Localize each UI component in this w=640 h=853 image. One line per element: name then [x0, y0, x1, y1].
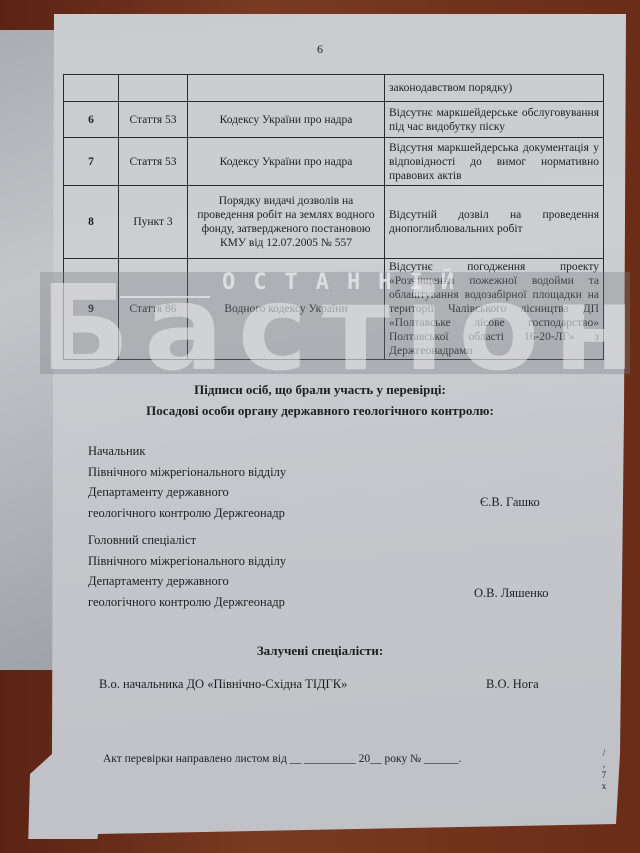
row-number: 7 — [64, 138, 119, 186]
table-row: 7 Стаття 53 Кодексу України про надра Ві… — [64, 138, 604, 186]
row-number: 8 — [64, 186, 119, 259]
margin-marks: / , 7 x — [599, 748, 609, 792]
position-line: геологічного контролю Держгеонадр — [88, 503, 286, 524]
margin-mark: x — [599, 781, 609, 792]
involved-specialists-heading: Залучені спеціалісти: — [0, 643, 640, 659]
position-line: Головний спеціаліст — [88, 530, 286, 551]
row-document: Порядку видачі дозволів на проведення ро… — [188, 186, 385, 259]
involved-name: В.О. Нога — [486, 677, 539, 692]
officials-heading: Посадові особи органу державного геологі… — [0, 403, 640, 419]
table-row: законодавством порядку) — [64, 75, 604, 102]
position-line: Північного міжрегіонального відділу — [88, 462, 286, 483]
row-article — [119, 75, 188, 102]
margin-mark: 7 — [599, 770, 609, 781]
official-position-1: Начальник Північного міжрегіонального ві… — [88, 441, 286, 523]
row-document: Кодексу України про надра — [188, 102, 385, 138]
row-article: Стаття 53 — [119, 138, 188, 186]
margin-mark: / — [599, 748, 609, 759]
signatures-heading: Підписи осіб, що брали участь у перевірц… — [0, 382, 640, 398]
row-document: Кодексу України про надра — [188, 138, 385, 186]
official-name-1: Є.В. Гашко — [480, 495, 540, 510]
margin-mark: , — [599, 759, 609, 770]
official-name-2: О.В. Ляшенко — [474, 586, 549, 601]
position-line: Департаменту державного — [88, 571, 286, 592]
row-article: Пункт 3 — [119, 186, 188, 259]
position-line: Начальник — [88, 441, 286, 462]
row-article: Стаття 53 — [119, 102, 188, 138]
position-line: Департаменту державного — [88, 482, 286, 503]
act-sent-line: Акт перевірки направлено листом від __ _… — [103, 753, 461, 765]
position-line: геологічного контролю Держгеонадр — [88, 592, 286, 613]
row-document — [188, 75, 385, 102]
row-description: Відсутня маркшейдерська документація у в… — [385, 138, 604, 186]
table-row: 6 Стаття 53 Кодексу України про надра Ві… — [64, 102, 604, 138]
page-number: 6 — [290, 42, 350, 57]
row-description: Відсутній дозвіл на проведення днопоглиб… — [385, 186, 604, 259]
official-position-2: Головний спеціаліст Північного міжрегіон… — [88, 530, 286, 612]
table-row: 8 Пункт 3 Порядку видачі дозволів на про… — [64, 186, 604, 259]
row-description: законодавством порядку) — [385, 75, 604, 102]
row-number: 6 — [64, 102, 119, 138]
row-number — [64, 75, 119, 102]
watermark-rule — [120, 296, 210, 298]
involved-position: В.о. начальника ДО «Північно-Східна ТІДГ… — [99, 677, 347, 692]
row-description: Відсутнє маркшейдерське обслуговування п… — [385, 102, 604, 138]
watermark-top-text: ОСТАННІЙ — [222, 270, 472, 295]
position-line: Північного міжрегіонального відділу — [88, 551, 286, 572]
